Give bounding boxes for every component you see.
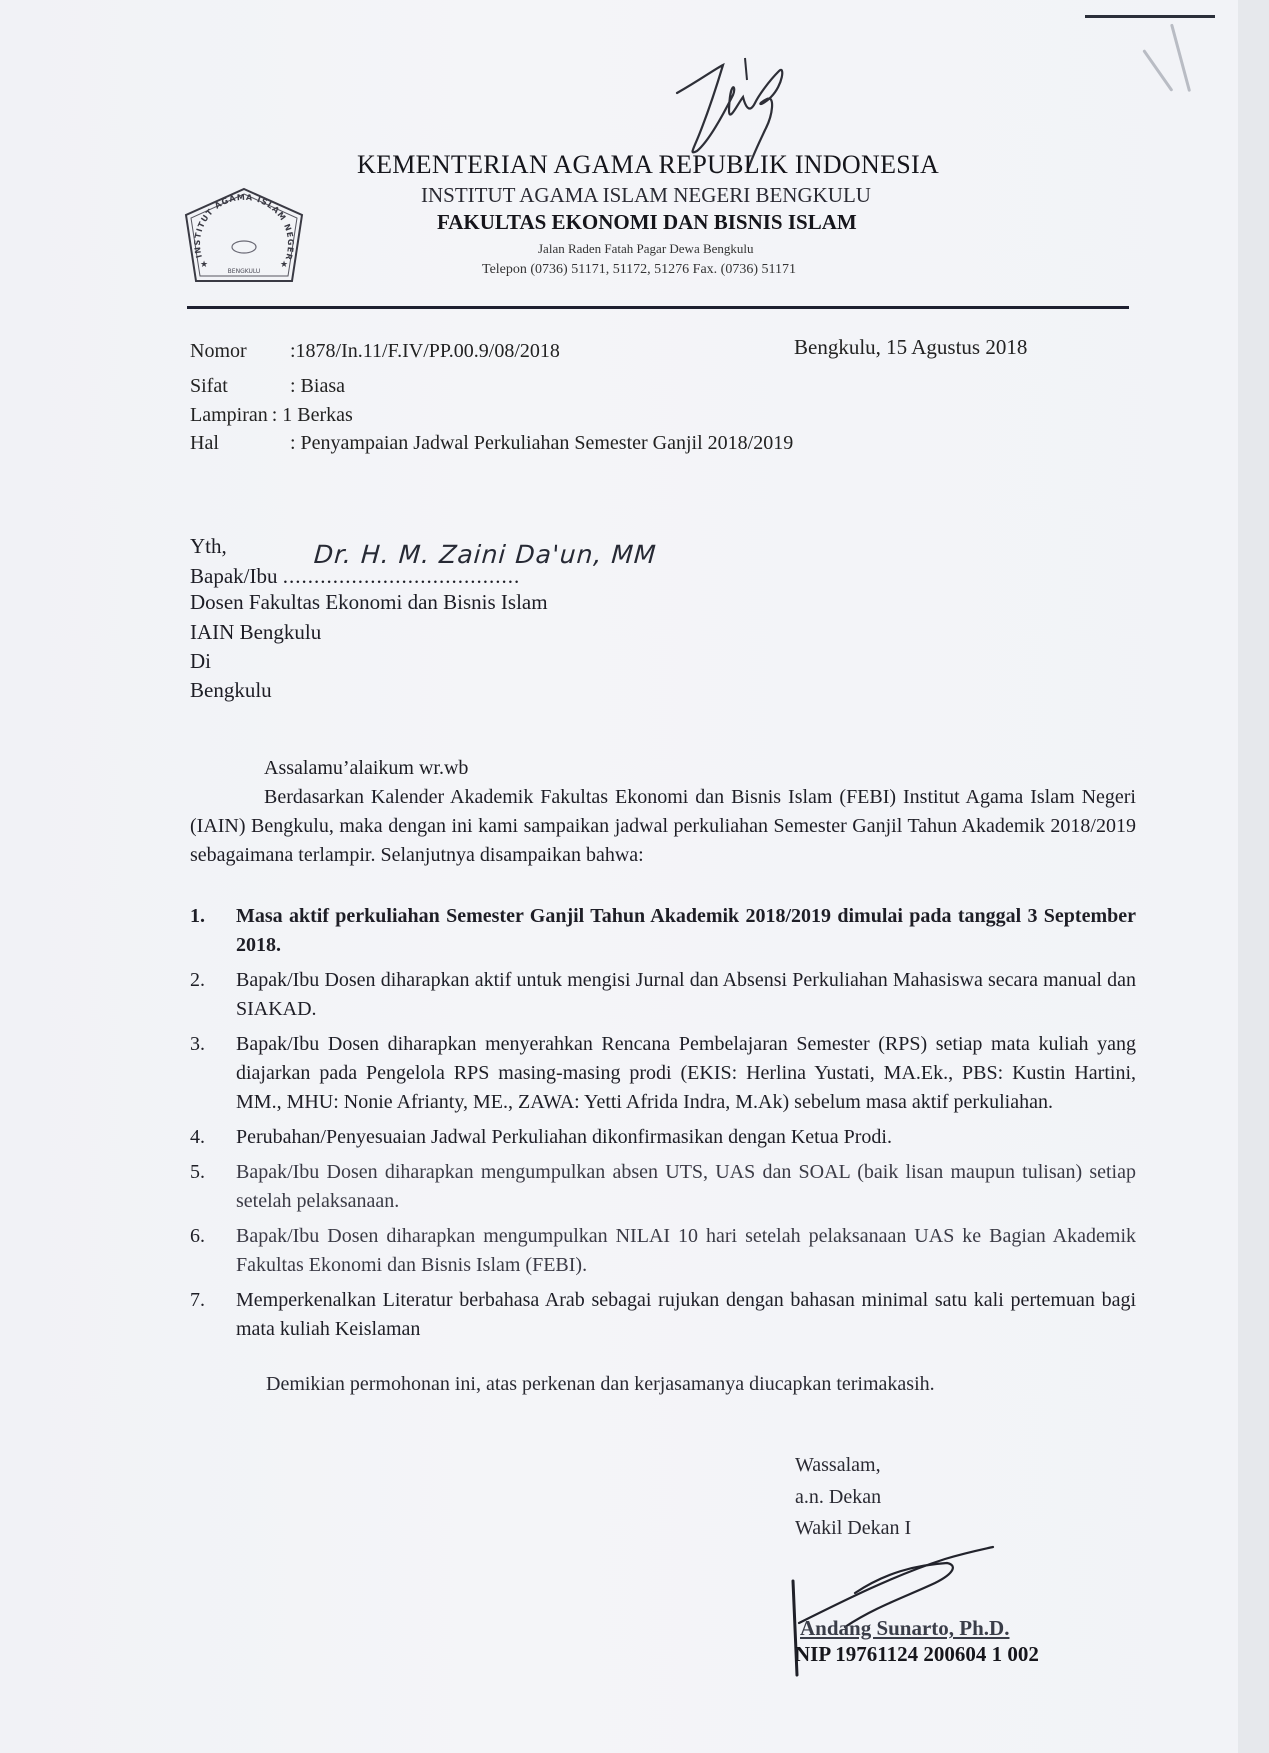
handwritten-recipient-name: Dr. H. M. Zaini Da'un, MM bbox=[313, 540, 658, 569]
svg-text:★: ★ bbox=[280, 259, 288, 269]
recipient-salutation: Bapak/Ibu bbox=[190, 564, 277, 588]
sign-off-wassalam: Wassalam, bbox=[795, 1454, 881, 1477]
field-sifat: Sifat: Biasa bbox=[190, 375, 345, 398]
field-value: : Penyampaian Jadwal Perkuliahan Semeste… bbox=[290, 432, 793, 454]
field-label: Sifat bbox=[190, 375, 290, 398]
field-lampiran: Lampiran: 1 Berkas bbox=[190, 404, 353, 427]
list-item: 6.Bapak/Ibu Dosen diharapkan mengumpulka… bbox=[190, 1222, 1136, 1280]
signer-nip: NIP 19761124 200604 1 002 bbox=[795, 1642, 1039, 1667]
svg-text:★: ★ bbox=[200, 259, 208, 269]
letterhead-divider bbox=[187, 306, 1129, 309]
recipient-yth: Yth, bbox=[190, 534, 227, 559]
list-item: 7.Memperkenalkan Literatur berbahasa Ara… bbox=[190, 1286, 1136, 1344]
recipient-institution: IAIN Bengkulu bbox=[190, 620, 321, 645]
field-label: Lampiran bbox=[190, 404, 268, 427]
letterhead-faculty: FAKULTAS EKONOMI DAN BISNIS ISLAM bbox=[437, 210, 857, 235]
recipient-city: Bengkulu bbox=[190, 678, 272, 703]
sign-off-position: Wakil Dekan I bbox=[795, 1517, 911, 1540]
scanner-bed-edge bbox=[1238, 0, 1269, 1753]
list-item: 3.Bapak/Ibu Dosen diharapkan menyerahkan… bbox=[190, 1030, 1136, 1117]
letterhead-ministry: KEMENTERIAN AGAMA REPUBLIK INDONESIA bbox=[357, 150, 939, 180]
intro-paragraph: Berdasarkan Kalender Akademik Fakultas E… bbox=[190, 783, 1136, 870]
svg-text:INSTITUT AGAMA ISLAM NEGERI: INSTITUT AGAMA ISLAM NEGERI bbox=[180, 185, 295, 262]
closing-sentence: Demikian permohonan ini, atas perkenan d… bbox=[266, 1373, 935, 1396]
list-item: 1.Masa aktif perkuliahan Semester Ganjil… bbox=[190, 902, 1136, 960]
list-item: 2.Bapak/Ibu Dosen diharapkan aktif untuk… bbox=[190, 966, 1136, 1024]
field-nomor: Nomor:1878/In.11/F.IV/PP.00.9/08/2018 bbox=[190, 340, 560, 363]
letterhead-institute: INSTITUT AGAMA ISLAM NEGERI BENGKULU bbox=[421, 183, 871, 208]
recipient-di: Di bbox=[190, 649, 211, 674]
instruction-list: 1.Masa aktif perkuliahan Semester Ganjil… bbox=[190, 902, 1136, 1350]
field-value: :1878/In.11/F.IV/PP.00.9/08/2018 bbox=[290, 340, 560, 362]
greeting: Assalamu’alaikum wr.wb bbox=[264, 757, 468, 780]
field-value: : Biasa bbox=[290, 375, 345, 397]
list-item: 5.Bapak/Ibu Dosen diharapkan mengumpulka… bbox=[190, 1158, 1136, 1216]
field-label: Hal bbox=[190, 432, 290, 455]
signer-name: Andang Sunarto, Ph.D. bbox=[800, 1616, 1009, 1641]
sign-off-on-behalf: a.n. Dekan bbox=[795, 1486, 881, 1509]
svg-text:BENGKULU: BENGKULU bbox=[228, 268, 261, 275]
letterhead-phone: Telepon (0736) 51171, 51172, 51276 Fax. … bbox=[482, 262, 796, 278]
field-label: Nomor bbox=[190, 340, 290, 363]
field-value: : 1 Berkas bbox=[272, 404, 353, 426]
recipient-unit: Dosen Fakultas Ekonomi dan Bisnis Islam bbox=[190, 590, 548, 615]
field-hal: Hal: Penyampaian Jadwal Perkuliahan Seme… bbox=[190, 432, 793, 455]
list-item: 4.Perubahan/Penyesuaian Jadwal Perkuliah… bbox=[190, 1123, 1136, 1152]
letterhead-address: Jalan Raden Fatah Pagar Dewa Bengkulu bbox=[538, 241, 754, 257]
scan-artifact-line bbox=[1085, 15, 1215, 18]
place-date: Bengkulu, 15 Agustus 2018 bbox=[794, 335, 1027, 360]
institution-seal-icon: INSTITUT AGAMA ISLAM NEGERI BENGKULU ★ ★ bbox=[180, 185, 308, 297]
